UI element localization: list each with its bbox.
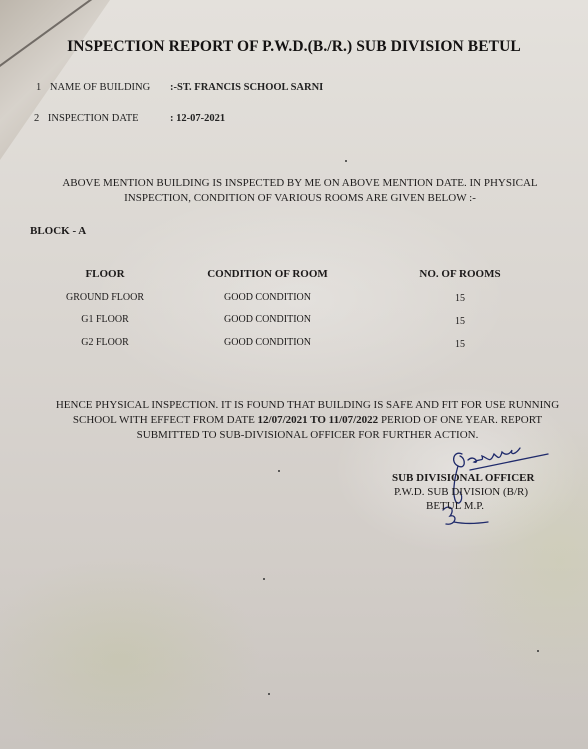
field-label: INSPECTION DATE bbox=[48, 113, 139, 124]
header-rooms: NO. OF ROOMS bbox=[400, 268, 520, 280]
field-label: NAME OF BUILDING bbox=[50, 82, 150, 93]
table-cell-rooms: 15 bbox=[400, 293, 520, 304]
table-cell-rooms: 15 bbox=[400, 316, 520, 327]
speck bbox=[268, 693, 270, 695]
speck bbox=[537, 650, 539, 652]
to-date: 11/07/2022 bbox=[329, 414, 379, 426]
signatory-location: BETUL M.P. bbox=[392, 499, 534, 513]
table-cell-condition: GOOD CONDITION bbox=[195, 337, 340, 348]
speck bbox=[263, 578, 265, 580]
header-condition: CONDITION OF ROOM bbox=[195, 268, 340, 280]
field-value: : 12-07-2021 bbox=[170, 113, 225, 124]
field-value: :-ST. FRANCIS SCHOOL SARNI bbox=[170, 82, 323, 93]
table-cell-condition: GOOD CONDITION bbox=[195, 292, 340, 303]
field-number: 1 bbox=[36, 82, 41, 93]
report-title: INSPECTION REPORT OF P.W.D.(B./R.) SUB D… bbox=[0, 38, 588, 56]
field-inspection-date: 2 INSPECTION DATE : 12-07-2021 bbox=[34, 113, 139, 124]
field-number: 2 bbox=[34, 113, 39, 124]
header-floor: FLOOR bbox=[50, 268, 160, 280]
block-label: BLOCK - A bbox=[30, 225, 86, 237]
table-cell-floor: G1 FLOOR bbox=[50, 314, 160, 325]
table-cell-floor: G2 FLOOR bbox=[50, 337, 160, 348]
table-cell-condition: GOOD CONDITION bbox=[195, 314, 340, 325]
conclusion-paragraph: HENCE PHYSICAL INSPECTION. IT IS FOUND T… bbox=[45, 398, 570, 443]
to-word: TO bbox=[308, 414, 329, 426]
speck bbox=[278, 470, 280, 472]
speck bbox=[345, 160, 347, 162]
from-date: 12/07/2021 bbox=[258, 414, 308, 426]
signatory-block: SUB DIVISIONAL OFFICER P.W.D. SUB DIVISI… bbox=[392, 471, 534, 513]
signatory-designation: SUB DIVISIONAL OFFICER bbox=[392, 471, 534, 485]
field-building-name: 1 NAME OF BUILDING :-ST. FRANCIS SCHOOL … bbox=[36, 82, 150, 93]
table-cell-floor: GROUND FLOOR bbox=[50, 292, 160, 303]
table-cell-rooms: 15 bbox=[400, 339, 520, 350]
intro-paragraph: ABOVE MENTION BUILDING IS INSPECTED BY M… bbox=[40, 176, 560, 206]
signatory-office: P.W.D. SUB DIVISION (B/R) bbox=[392, 485, 534, 499]
